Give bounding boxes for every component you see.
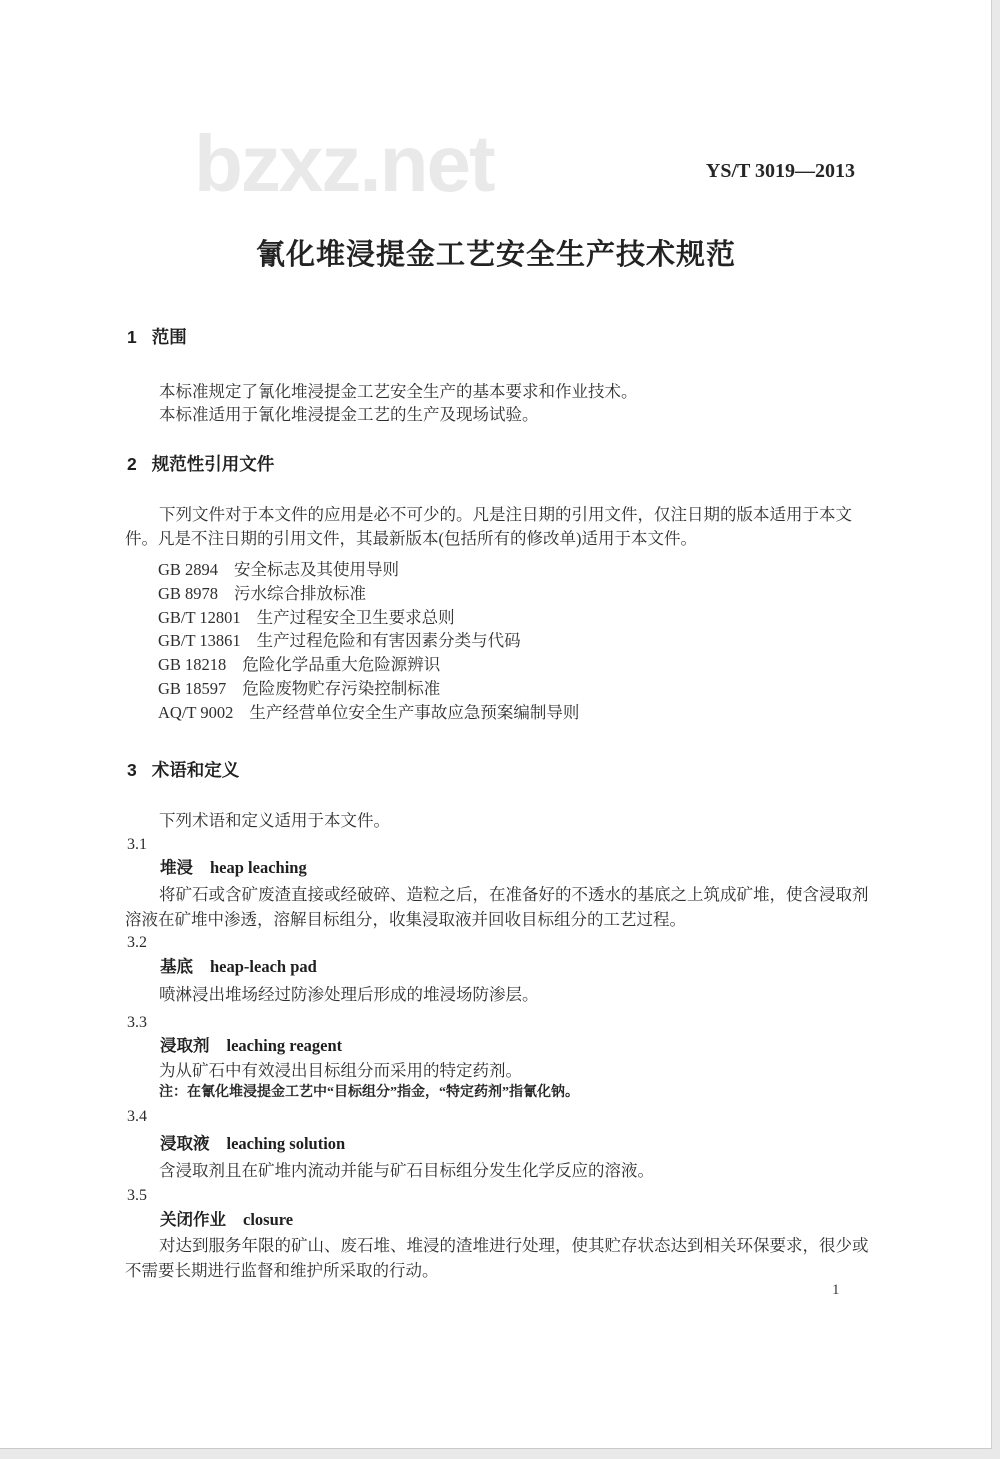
reference-code: GB/T 13861 <box>158 631 241 650</box>
term-english: closure <box>243 1210 293 1229</box>
term-definition: 对达到服务年限的矿山、废石堆、堆浸的渣堆进行处理，使其贮存状态达到相关环保要求，… <box>125 1233 875 1284</box>
references-intro: 下列文件对于本文件的应用是必不可少的。凡是注日期的引用文件，仅注日期的版本适用于… <box>125 503 875 551</box>
reference-item: GB 18218危险化学品重大危险源辨识 <box>158 653 579 677</box>
term-entry-line: 浸取液leaching solution <box>160 1136 345 1153</box>
term-entry-line: 基底heap-leach pad <box>160 959 317 976</box>
term-entry-line: 浸取剂leaching reagent <box>160 1038 342 1055</box>
reference-title: 生产经营单位安全生产事故应急预案编制导则 <box>249 703 579 722</box>
term-entry-number: 3.1 <box>127 837 147 853</box>
standard-code: YS/T 3019—2013 <box>706 161 855 181</box>
term-chinese: 堆浸 <box>160 859 193 877</box>
term-entry-number: 3.2 <box>127 935 147 951</box>
reference-code: GB 18218 <box>158 655 226 674</box>
reference-code: GB 8978 <box>158 584 218 603</box>
reference-title: 危险化学品重大危险源辨识 <box>242 655 440 674</box>
term-chinese: 关闭作业 <box>160 1211 226 1229</box>
term-entry-line: 关闭作业closure <box>160 1212 293 1229</box>
term-note: 注：在氰化堆浸提金工艺中“目标组分”指金，“特定药剂”指氰化钠。 <box>159 1086 579 1100</box>
section-title: 规范性引用文件 <box>152 454 275 474</box>
section-title: 术语和定义 <box>152 760 240 780</box>
section-references-heading: 2规范性引用文件 <box>127 456 274 474</box>
reference-title: 污水综合排放标准 <box>234 584 366 603</box>
reference-item: GB/T 13861生产过程危险和有害因素分类与代码 <box>158 629 579 653</box>
section-number: 1 <box>127 327 137 347</box>
term-entry-line: 堆浸heap leaching <box>160 860 307 877</box>
term-english: heap leaching <box>210 858 307 877</box>
reference-title: 危险废物贮存污染控制标准 <box>242 679 440 698</box>
reference-item: GB 18597危险废物贮存污染控制标准 <box>158 677 579 701</box>
term-english: leaching reagent <box>227 1036 343 1055</box>
section-scope-heading: 1范围 <box>127 329 187 347</box>
terms-intro: 下列术语和定义适用于本文件。 <box>159 813 390 830</box>
watermark: bzxz.net <box>194 124 494 204</box>
section-number: 3 <box>127 760 137 780</box>
term-entry-number: 3.4 <box>127 1109 147 1125</box>
scope-paragraph-1: 本标准规定了氰化堆浸提金工艺安全生产的基本要求和作业技术。 <box>159 384 638 401</box>
term-english: leaching solution <box>227 1134 346 1153</box>
term-definition: 含浸取剂且在矿堆内流动并能与矿石目标组分发生化学反应的溶液。 <box>125 1158 875 1183</box>
document-page: bzxz.net YS/T 3019—2013 氰化堆浸提金工艺安全生产技术规范… <box>0 0 992 1449</box>
reference-code: GB 18597 <box>158 679 226 698</box>
page-number: 1 <box>832 1283 840 1298</box>
section-terms-heading: 3术语和定义 <box>127 762 239 780</box>
reference-item: AQ/T 9002生产经营单位安全生产事故应急预案编制导则 <box>158 701 579 725</box>
term-english: heap-leach pad <box>210 957 317 976</box>
section-title: 范围 <box>152 327 187 347</box>
reference-code: AQ/T 9002 <box>158 703 233 722</box>
section-number: 2 <box>127 454 137 474</box>
term-chinese: 基底 <box>160 958 193 976</box>
scope-paragraph-2: 本标准适用于氰化堆浸提金工艺的生产及现场试验。 <box>159 407 539 424</box>
reference-code: GB/T 12801 <box>158 608 241 627</box>
references-list: GB 2894安全标志及其使用导则 GB 8978污水综合排放标准 GB/T 1… <box>158 558 579 725</box>
reference-item: GB 8978污水综合排放标准 <box>158 582 579 606</box>
reference-code: GB 2894 <box>158 560 218 579</box>
reference-title: 生产过程危险和有害因素分类与代码 <box>257 631 521 650</box>
term-entry-number: 3.5 <box>127 1188 147 1204</box>
reference-title: 生产过程安全卫生要求总则 <box>257 608 455 627</box>
reference-item: GB/T 12801生产过程安全卫生要求总则 <box>158 606 579 630</box>
document-title: 氰化堆浸提金工艺安全生产技术规范 <box>0 241 992 270</box>
term-chinese: 浸取剂 <box>160 1037 210 1055</box>
reference-title: 安全标志及其使用导则 <box>234 560 399 579</box>
term-chinese: 浸取液 <box>160 1135 210 1153</box>
term-definition: 将矿石或含矿废渣直接或经破碎、造粒之后，在准备好的不透水的基底之上筑成矿堆，使含… <box>125 882 875 933</box>
term-entry-number: 3.3 <box>127 1015 147 1031</box>
term-definition: 喷淋浸出堆场经过防渗处理后形成的堆浸场防渗层。 <box>125 982 875 1007</box>
term-definition: 为从矿石中有效浸出目标组分而采用的特定药剂。 <box>125 1058 875 1083</box>
reference-item: GB 2894安全标志及其使用导则 <box>158 558 579 582</box>
